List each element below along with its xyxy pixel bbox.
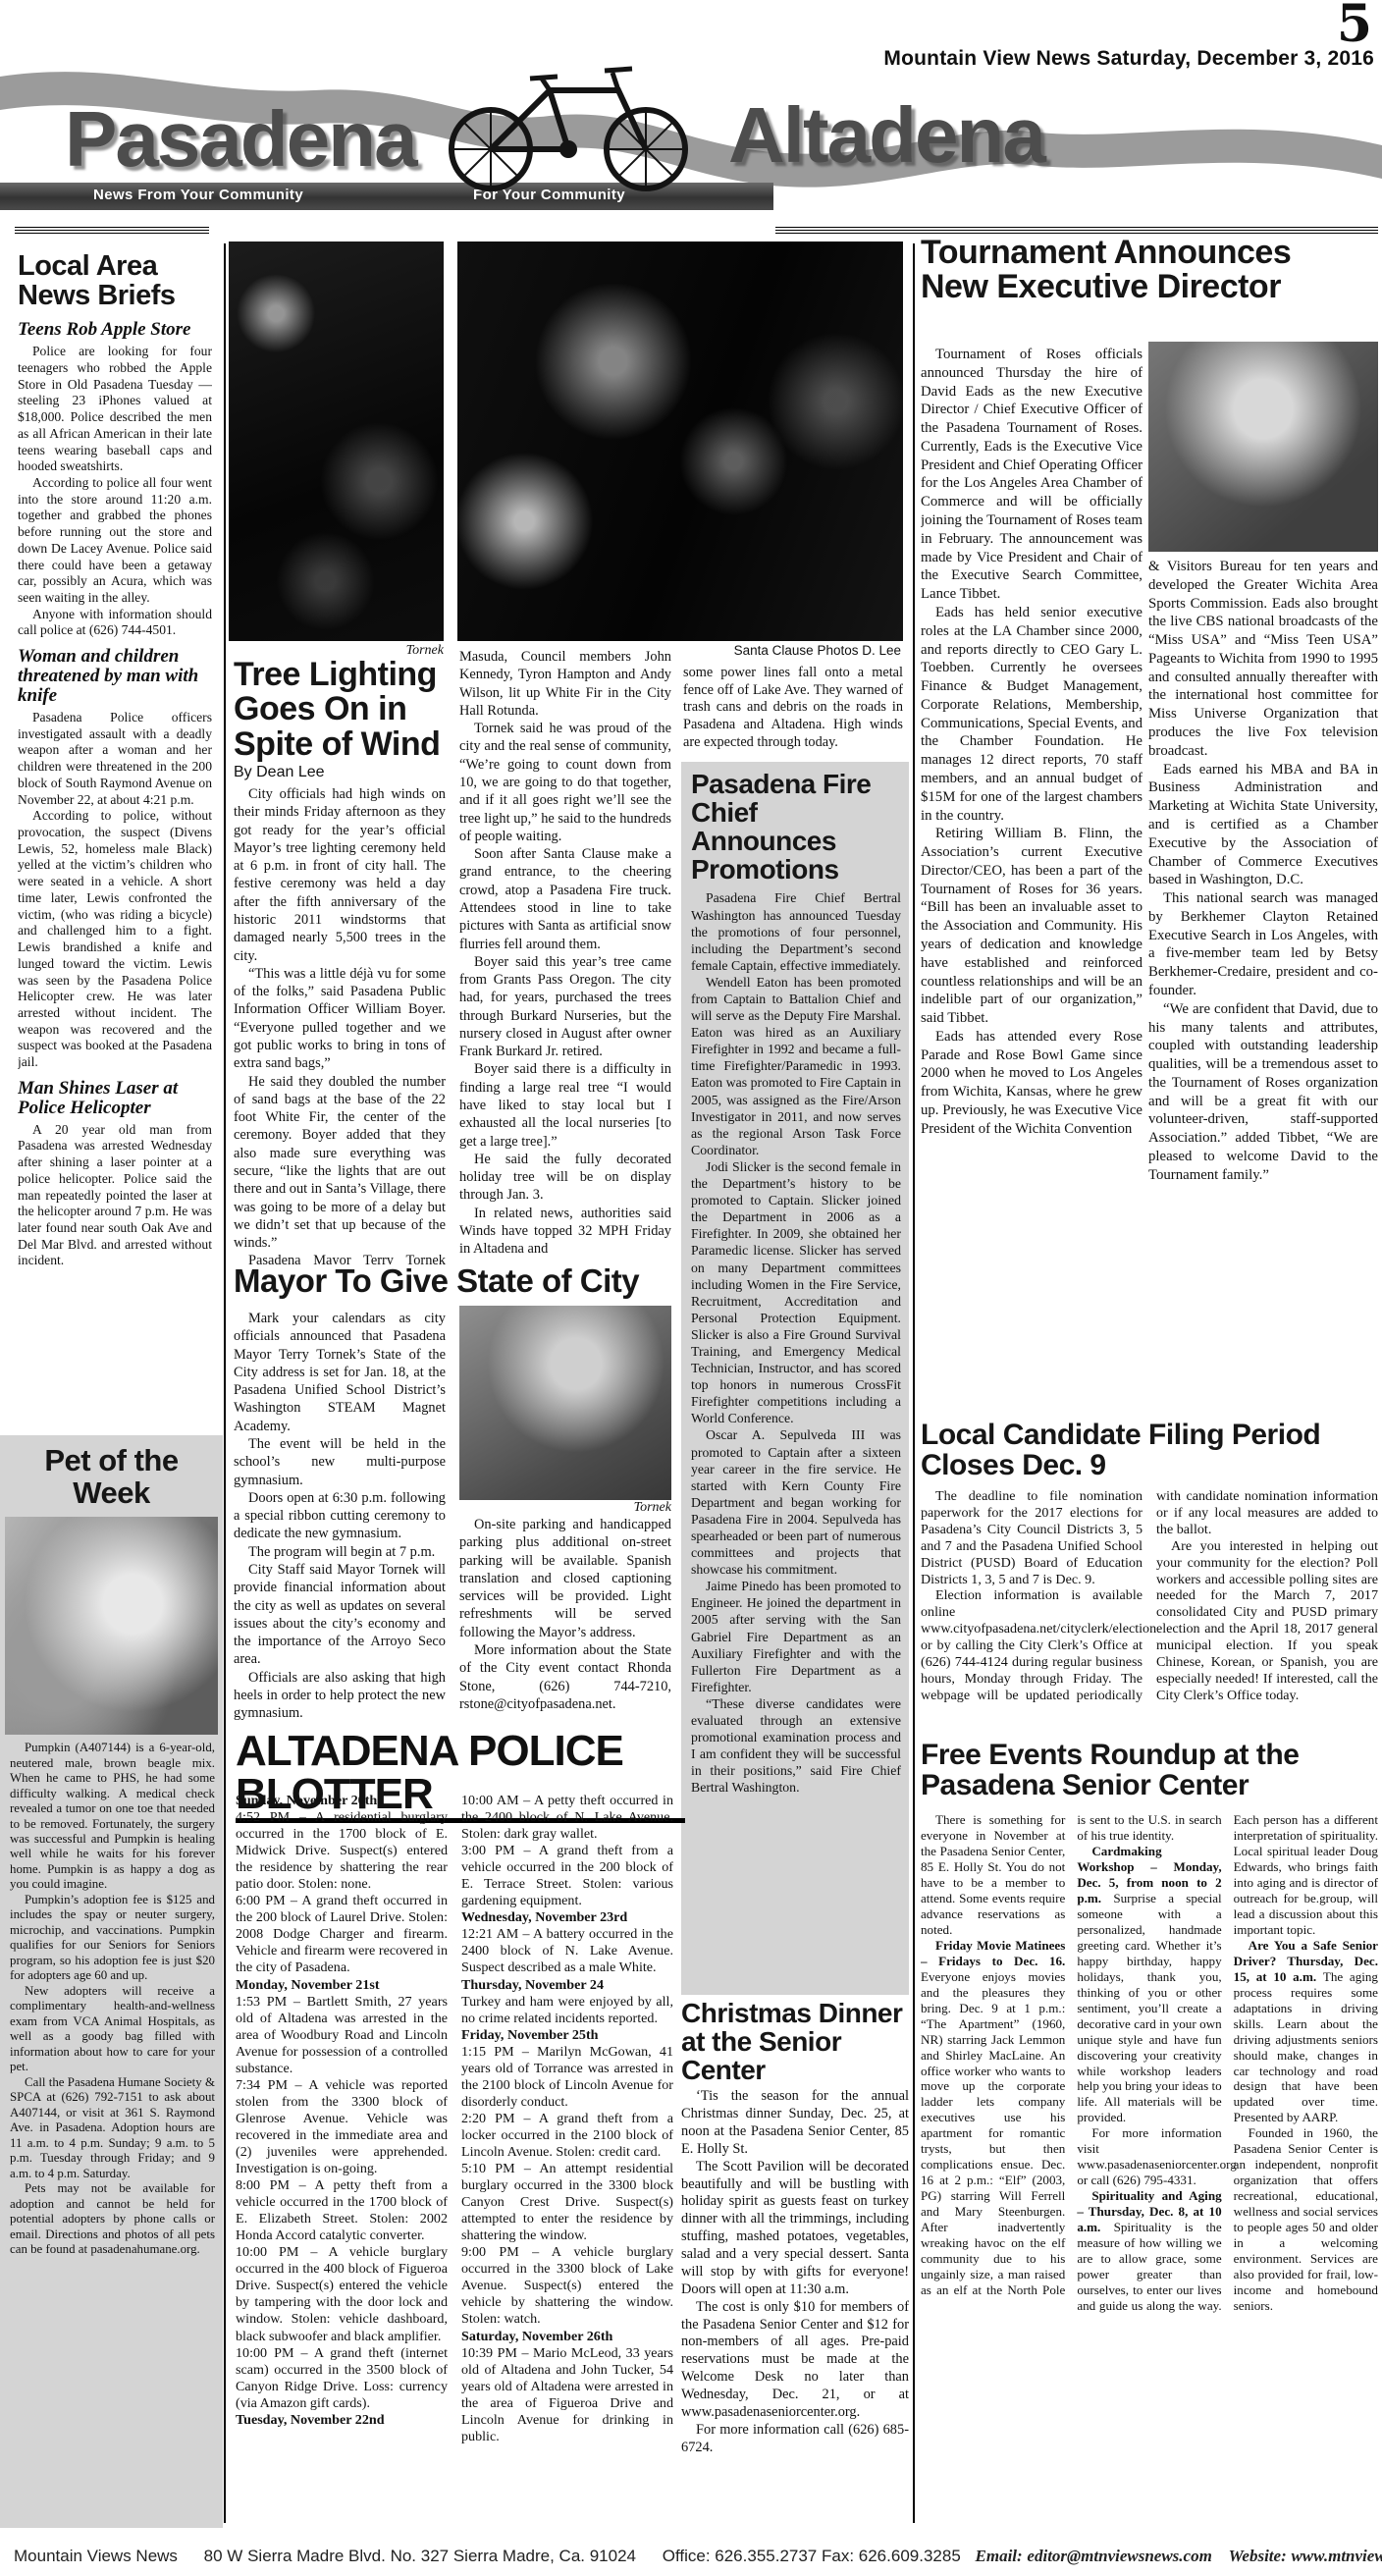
mayor-state-headline: Mayor To Give State of City [234,1264,675,1298]
christmas-dinner-body: ‘Tis the season for the annual Christmas… [681,2088,909,2456]
article-tree-lighting-col1: Tree Lighting Goes On in Spite of Wind B… [234,658,446,1264]
candidate-filing-body: The deadline to file nomination paperwor… [921,1488,1378,1718]
pet-of-week-box: Pet of the Week Pumpkin (A407144) is a 6… [0,1435,223,2528]
article-mayor-col2: Tornek On-site parking and handicapped p… [459,1306,671,1728]
footer-website-label: Website: [1229,2547,1287,2565]
footer-address: 80 W Sierra Madre Blvd. No. 327 Sierra M… [204,2547,636,2565]
header-rule-right [775,227,1378,234]
tree-lighting-body-col1: City officials had high winds on their m… [234,785,446,1264]
page-number: 5 [1337,0,1372,54]
tagline-left: News From Your Community [93,187,303,203]
tournament-body-col2: & Visitors Bureau for ten years and deve… [1148,558,1378,1185]
fire-chief-box: Pasadena Fire Chief Announces Promotions… [681,762,909,1995]
article-local-briefs: Local Area News Briefs Teens Rob Apple S… [18,251,212,1429]
christmas-dinner-headline: Christmas Dinner at the Senior Center [681,1999,909,2084]
column-rule-1 [224,243,226,2523]
brief-headline: Man Shines Laser at Police Helicopter [18,1079,212,1118]
footer-email: editor@mtnviewsnews.com [1027,2547,1211,2565]
column-rule-2 [913,243,915,2523]
footer-phones: Office: 626.355.2737 Fax: 626.609.3285 [663,2547,961,2565]
brief-story: Man Shines Laser at Police Helicopter A … [18,1079,212,1269]
masthead-title-pasadena: Pasadena [65,94,416,185]
photo-credit-santa: Santa Clause Photos D. Lee [687,643,901,658]
mayor-tornek-portrait [459,1306,671,1500]
brief-body: Police are looking for four teenagers wh… [18,344,212,639]
mayor-body-col2: On-site parking and handicapped parking … [459,1516,671,1713]
brief-story: Teens Rob Apple Store Police are looking… [18,320,212,639]
fire-chief-body: Pasadena Fire Chief Bertral Washington h… [691,889,901,1796]
free-events-headline: Free Events Roundup at the Pasadena Seni… [921,1740,1372,1800]
pet-of-week-title: Pet of the Week [6,1445,217,1509]
newspaper-page: 5 Mountain View News Saturday, December … [0,0,1382,2576]
brief-headline: Teens Rob Apple Store [18,320,212,340]
police-blotter-body: Sunday, November 20th4:52 PM – A residen… [236,1793,673,2523]
footer-website: www.mtnviewsnews.com [1291,2547,1382,2565]
brief-body: Pasadena Police officers investigated as… [18,710,212,1071]
dog-photo [5,1517,218,1735]
santa-photo-caption-note: some power lines fall onto a metal fence… [683,665,903,752]
article-christmas-dinner: Christmas Dinner at the Senior Center ‘T… [681,1999,909,2529]
footer: Mountain Views News 80 W Sierra Madre Bl… [14,2547,1376,2566]
local-briefs-title: Local Area News Briefs [18,251,212,310]
article-mayor-col1: Mark your calendars as city officials an… [234,1310,446,1726]
article-tree-lighting-col2: Masuda, Council members John Kennedy, Ty… [459,648,671,1261]
tree-lighting-headline: Tree Lighting Goes On in Spite of Wind [234,658,446,762]
article-tournament-col1: Tournament of Roses officials announced … [921,346,1143,1418]
tree-lighting-byline: By Dean Lee [234,764,446,781]
article-tournament-col2: & Visitors Bureau for ten years and deve… [1148,342,1378,1418]
tournament-headline: Tournament Announces New Executive Direc… [921,236,1353,305]
photo-credit-tornek: Tornek [229,643,444,659]
free-events-body: There is something for everyone in Novem… [921,1812,1378,2523]
santa-fire-truck-photo [457,241,903,641]
footer-paper-name: Mountain Views News [14,2547,178,2565]
tree-lighting-photo [229,241,444,641]
brief-body: A 20 year old man from Pasadena was arre… [18,1122,212,1269]
footer-email-label: Email: [976,2547,1023,2565]
pet-of-week-body: Pumpkin (A407144) is a 6-year-old, neute… [10,1741,215,2257]
david-eads-portrait [1148,342,1378,552]
brief-story: Woman and children threatened by man wit… [18,647,212,1071]
brief-headline: Woman and children threatened by man wit… [18,647,212,706]
header-rule-left [15,227,209,234]
candidate-filing-headline: Local Candidate Filing Period Closes Dec… [921,1420,1343,1480]
bicycle-icon [440,47,697,194]
mayor-photo-credit: Tornek [459,1500,671,1516]
fire-chief-headline: Pasadena Fire Chief Announces Promotions [691,770,901,884]
masthead-title-altadena: Altadena [728,90,1044,181]
